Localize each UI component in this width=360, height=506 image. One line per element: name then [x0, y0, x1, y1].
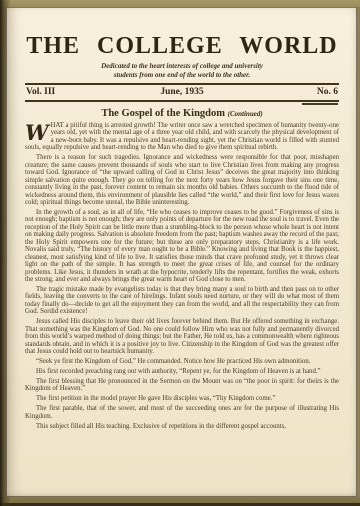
paragraph: “Seek ye first the Kingdom of God,” He c… [25, 358, 339, 365]
paragraph: The first parable, that of the sower, an… [25, 405, 339, 420]
paragraph-text: HAT a pitiful thing is arrested growth! … [25, 122, 339, 151]
paragraph: In the growth of a soul, as in all of li… [25, 209, 339, 284]
drop-cap-w: W [25, 123, 49, 142]
article-title-text: The Gospel of the Kingdom [101, 108, 225, 119]
paragraph: The first blessing that He pronounced in… [25, 378, 339, 393]
masthead-subtitle: Dedicated to the heart interests of coll… [25, 62, 339, 79]
masthead-subtitle-line1: Dedicated to the heart interests of coll… [25, 62, 339, 71]
issue-date: June, 1935 [130, 87, 234, 97]
paragraph: The first petition in the model prayer H… [25, 395, 339, 402]
paragraph: The tragic mistake made by evangelists t… [25, 286, 339, 316]
article-title: The Gospel of the Kingdom (Continued) [25, 108, 339, 119]
paragraph: Jesus called His disciples to leave thei… [25, 318, 339, 355]
volume-label: Vol. III [26, 87, 130, 97]
article-body: WHAT a pitiful thing is arrested growth!… [25, 122, 339, 430]
paragraph: There is a reason for such tragedies. Ig… [25, 154, 339, 206]
paragraph: His first recorded preaching rang out wi… [25, 368, 339, 375]
paragraph: This subject filled all His teaching. Ex… [25, 423, 339, 430]
masthead-title: THE COLLEGE WORLD [25, 33, 339, 60]
newsletter-page: THE COLLEGE WORLD Dedicated to the heart… [6, 7, 357, 497]
masthead-subtitle-line2: students from one end of the world to th… [25, 71, 339, 80]
issue-info-bar: Vol. III June, 1935 No. 6 [25, 83, 339, 102]
paragraph: WHAT a pitiful thing is arrested growth!… [25, 122, 339, 152]
scanned-page-photo: THE COLLEGE WORLD Dedicated to the heart… [0, 0, 360, 506]
issue-number-underline [302, 103, 338, 105]
continued-label: (Continued) [228, 110, 263, 118]
issue-number: No. 6 [234, 87, 338, 97]
